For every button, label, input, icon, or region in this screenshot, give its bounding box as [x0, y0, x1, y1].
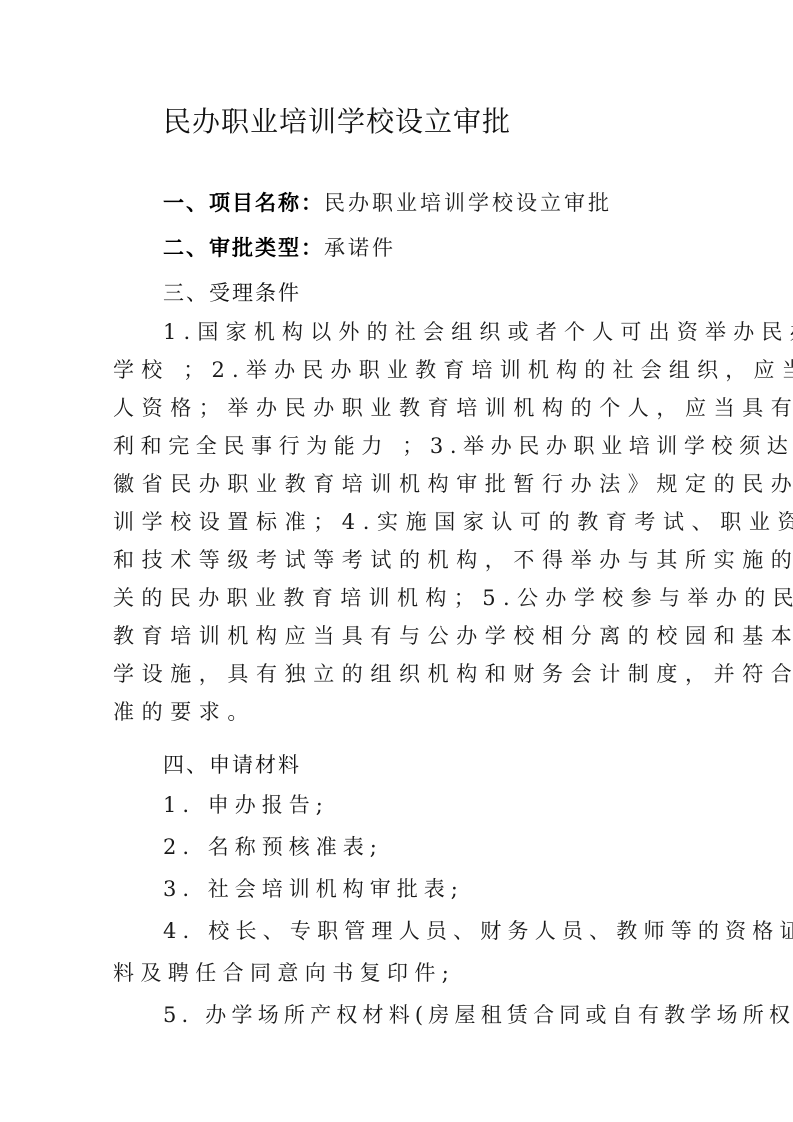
approval-type-label: 二、审批类型：	[163, 236, 324, 260]
approval-type-row: 二、审批类型：承诺件	[163, 235, 396, 261]
material-item: 2. 名称预核准表;	[163, 834, 383, 860]
condition-line: 学设施，具有独立的组织机构和财务会计制度，并符合设置标	[113, 661, 793, 687]
condition-line: 徽省民办职业教育培训机构审批暂行办法》规定的民办职业培	[113, 471, 793, 497]
material-item: 4. 校长、专职管理人员、财务人员、教师等的资格证明材	[163, 918, 793, 944]
item-name-value: 民办职业培训学校设立审批	[324, 191, 612, 215]
item-name-label: 一、项目名称：	[163, 191, 324, 215]
condition-line: 和技术等级考试等考试的机构，不得举办与其所实施的考试相	[113, 547, 793, 573]
condition-line: 人资格；举办民办职业教育培训机构的个人，应当具有政治权	[113, 395, 793, 421]
condition-line: 教育培训机构应当具有与公办学校相分离的校园和基本教育教	[113, 623, 793, 649]
condition-line: 训学校设置标准；4.实施国家认可的教育考试、职业资格考试	[113, 509, 793, 535]
condition-line: 利和完全民事行为能力 ；3.举办民办职业培训学校须达到《安	[113, 433, 793, 459]
material-item: 5. 办学场所产权材料(房屋租赁合同或自有教学场所权属	[163, 1002, 793, 1028]
material-item: 1. 申办报告;	[163, 792, 329, 818]
condition-line: 准的要求。	[113, 699, 256, 725]
condition-line: 关的民办职业教育培训机构；5.公办学校参与举办的民办职业	[113, 585, 793, 611]
section4-heading: 四、申请材料	[163, 752, 301, 778]
document-page: 民办职业培训学校设立审批 一、项目名称：民办职业培训学校设立审批 二、审批类型：…	[0, 0, 793, 1122]
condition-line: 1.国家机构以外的社会组织或者个人可出资举办民办培训	[163, 319, 793, 345]
section3-heading: 三、受理条件	[163, 280, 301, 306]
material-item: 料及聘任合同意向书复印件;	[113, 960, 455, 986]
condition-line: 学校 ；2.举办民办职业教育培训机构的社会组织，应当具有法	[113, 357, 793, 383]
approval-type-value: 承诺件	[324, 236, 396, 260]
item-name-row: 一、项目名称：民办职业培训学校设立审批	[163, 190, 612, 216]
document-title: 民办职业培训学校设立审批	[163, 100, 511, 140]
material-item: 3. 社会培训机构审批表;	[163, 876, 464, 902]
